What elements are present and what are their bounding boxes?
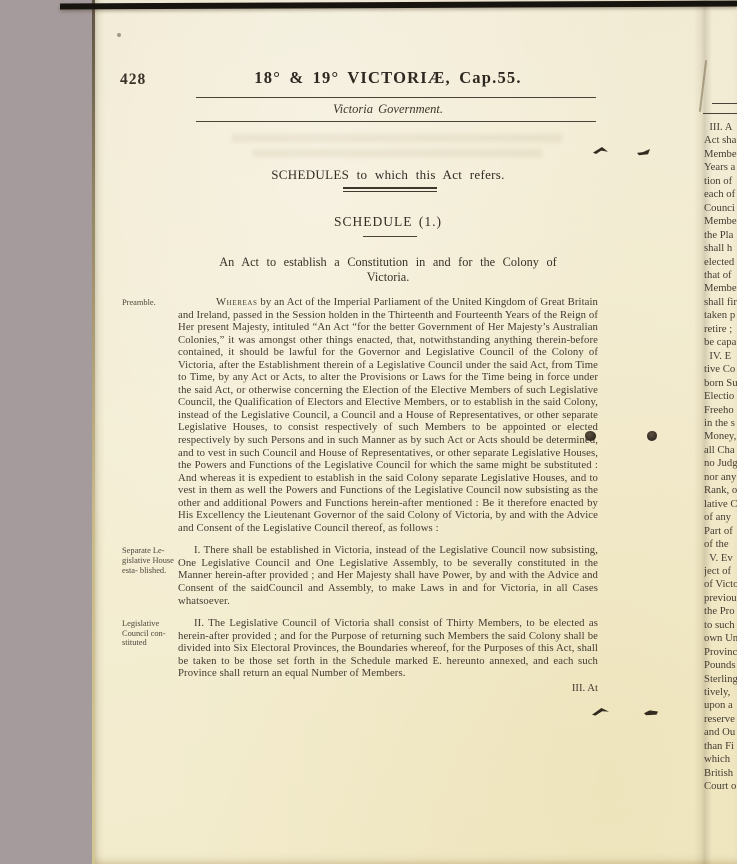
act-body: Preamble. Whereas by an Act of the Imper… xyxy=(122,296,598,694)
act-title: An Act to establish a Constitution in an… xyxy=(178,255,598,284)
text-line: III. A xyxy=(704,121,737,134)
text-line: taken p xyxy=(704,309,737,322)
preamble-section: Preamble. Whereas by an Act of the Imper… xyxy=(122,296,598,534)
preamble-text: Whereas by an Act of the Imperial Parlia… xyxy=(178,296,598,534)
ink-speck xyxy=(644,709,658,716)
facing-page-text: III. AAct shaMembeYears ation ofeach ofC… xyxy=(704,121,737,794)
running-subtitle: Victoria Government. xyxy=(178,102,598,117)
text-line: British xyxy=(704,767,737,780)
horizontal-rule xyxy=(196,97,596,98)
text-line: the Pro xyxy=(704,605,737,618)
text-line: lative C xyxy=(704,498,737,511)
schedules-heading: SCHEDULES to which this Act refers. xyxy=(178,167,598,183)
margin-note-section-1: Separate Le- gislative House esta- blish… xyxy=(122,544,174,575)
text-line: tion of xyxy=(704,175,737,188)
text-line: Court o xyxy=(704,780,737,793)
text-line: Pounds xyxy=(704,659,737,672)
text-line: no Judg xyxy=(704,457,737,470)
margin-note-section-2: Legislative Council con- stituted xyxy=(122,617,174,648)
text-line: of Victo xyxy=(704,578,737,591)
text-line: upon a xyxy=(704,699,737,712)
text-line: born Su xyxy=(704,377,737,390)
text-line: reserve xyxy=(704,713,737,726)
text-line: tively, xyxy=(704,686,737,699)
text-line: Part of xyxy=(704,525,737,538)
text-line: nor any xyxy=(704,471,737,484)
text-line: Money, xyxy=(704,430,737,443)
running-title: 18° & 19° VICTORIÆ, Cap.55. xyxy=(178,68,598,88)
text-line: Provinc xyxy=(704,646,737,659)
double-rule xyxy=(343,187,437,192)
ink-show-through xyxy=(232,134,562,142)
text-line: of the xyxy=(704,538,737,551)
text-line: Electio xyxy=(704,390,737,403)
text-line: than Fi xyxy=(704,740,737,753)
text-line: Act sha xyxy=(704,134,737,147)
text-line: to such xyxy=(704,619,737,632)
text-line: all Cha xyxy=(704,444,737,457)
text-line: IV. E xyxy=(704,350,737,363)
facing-page-rule xyxy=(703,113,737,114)
text-line: the Pla xyxy=(704,229,737,242)
text-line: elected xyxy=(704,256,737,269)
ink-speck xyxy=(117,33,121,37)
text-line: that of xyxy=(704,269,737,282)
horizontal-rule xyxy=(196,121,596,122)
schedule-number-heading: SCHEDULE (1.) xyxy=(178,214,598,230)
text-line: Membe xyxy=(704,148,737,161)
text-line: of any xyxy=(704,511,737,524)
catchword: III. At xyxy=(122,682,598,694)
text-line: Rank, o xyxy=(704,484,737,497)
text-line: Membe xyxy=(704,215,737,228)
text-line: ject of xyxy=(704,565,737,578)
section-1: Separate Le- gislative House esta- blish… xyxy=(122,544,598,607)
section-2-text: II. The Legislative Council of Victoria … xyxy=(178,617,598,680)
ink-speck xyxy=(647,431,657,441)
scanned-book-photo: 428 18° & 19° VICTORIÆ, Cap.55. Victoria… xyxy=(0,0,737,864)
text-line: Counci xyxy=(704,202,737,215)
text-line: Years a xyxy=(704,161,737,174)
text-line: each of xyxy=(704,188,737,201)
section-1-text: I. There shall be established in Victori… xyxy=(178,544,598,607)
text-line: which xyxy=(704,753,737,766)
text-line: Membe xyxy=(704,282,737,295)
page-number: 428 xyxy=(120,71,146,89)
text-line: previou xyxy=(704,592,737,605)
text-line: V. Ev xyxy=(704,552,737,565)
book-page: 428 18° & 19° VICTORIÆ, Cap.55. Victoria… xyxy=(92,0,737,864)
ink-speck xyxy=(637,149,650,156)
text-line: shall fir xyxy=(704,296,737,309)
ink-speck xyxy=(593,147,608,155)
preamble-body: by an Act of the Imperial Parliament of … xyxy=(178,296,598,534)
text-line: in the s xyxy=(704,417,737,430)
text-line: Sterling xyxy=(704,673,737,686)
horizontal-rule xyxy=(363,236,417,237)
ink-speck xyxy=(592,708,609,716)
preamble-lead-word: Whereas xyxy=(216,296,258,308)
text-line: be capa xyxy=(704,336,737,349)
text-line: Freeho xyxy=(704,404,737,417)
text-line: tive Co xyxy=(704,363,737,376)
margin-note-preamble: Preamble. xyxy=(122,296,174,308)
text-line: and Ou xyxy=(704,726,737,739)
text-line: retire ; xyxy=(704,323,737,336)
text-line: shall h xyxy=(704,242,737,255)
facing-page-rule xyxy=(712,103,737,104)
ink-show-through xyxy=(252,149,542,157)
section-2: Legislative Council con- stituted II. Th… xyxy=(122,617,598,680)
ink-speck xyxy=(585,431,596,441)
text-line: own Un xyxy=(704,632,737,645)
